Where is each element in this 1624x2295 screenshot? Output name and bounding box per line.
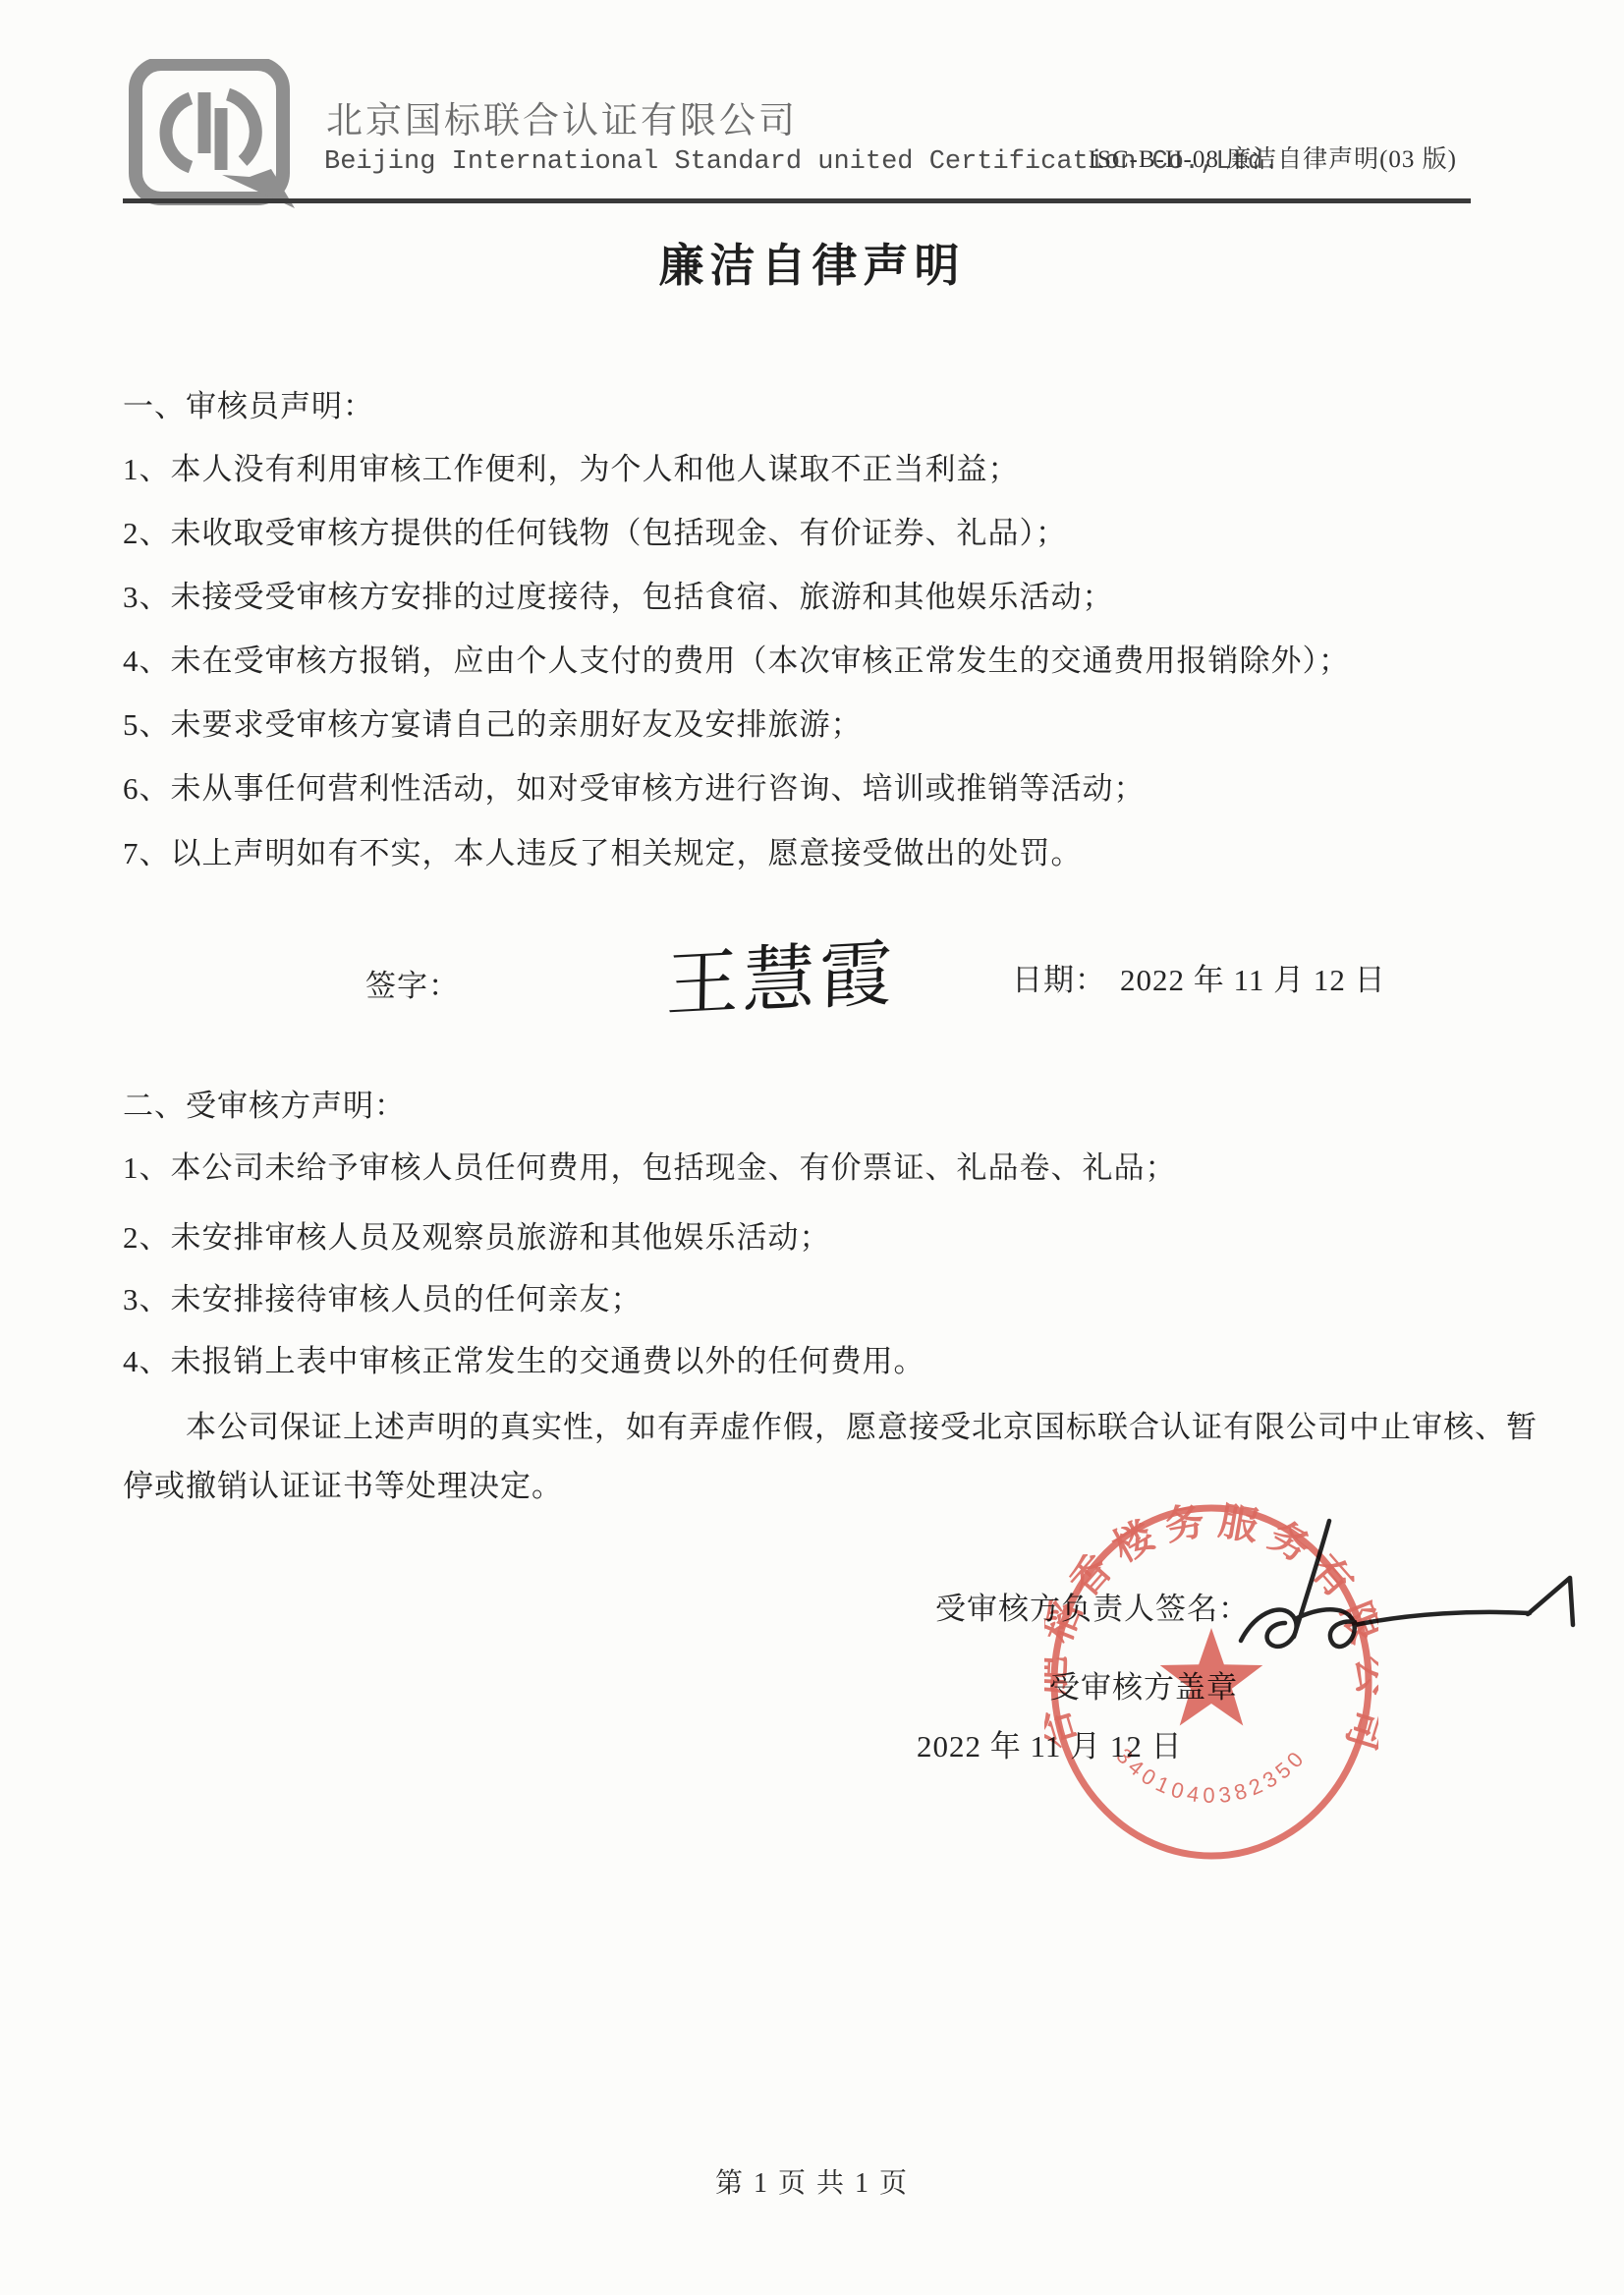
section2-item: 1、本公司未给予审核人员任何费用，包括现金、有价票证、礼品卷、礼品； bbox=[123, 1143, 1177, 1187]
auditor-signature: 王慧霞 bbox=[665, 916, 897, 1032]
company-logo-icon bbox=[126, 59, 308, 211]
page-footer: 第 1 页 共 1 页 bbox=[0, 2161, 1624, 2201]
section1-item: 5、未要求受审核方宴请自己的亲朋好友及安排旅游； bbox=[123, 700, 863, 744]
document-page: 北京国标联合认证有限公司 Beijing International Stand… bbox=[0, 0, 1624, 2295]
section1-item: 1、本人没有利用审核工作便利，为个人和他人谋取不正当利益； bbox=[123, 444, 1020, 488]
company-pledge: 本公司保证上述声明的真实性，如有弄虚作假，愿意接受北京国标联合认证有限公司中止审… bbox=[123, 1398, 1545, 1516]
section1-item: 4、未在受审核方报销，应由个人支付的费用（本次审核正常发生的交通费用报销除外）； bbox=[123, 636, 1350, 680]
section2-heading: 二、受审核方声明： bbox=[123, 1081, 406, 1125]
section2-item: 4、未报销上表中审核正常发生的交通费以外的任何费用。 bbox=[123, 1336, 925, 1380]
sign-label: 签字： bbox=[365, 961, 460, 1005]
section2-item: 3、未安排接待审核人员的任何亲友； bbox=[123, 1274, 643, 1318]
section1-item: 2、未收取受审核方提供的任何钱物（包括现金、有价证券、礼品）； bbox=[123, 508, 1067, 552]
section1-item: 7、以上声明如有不实，本人违反了相关规定，愿意接受做出的处罚。 bbox=[123, 828, 1083, 872]
section1-heading: 一、审核员声明： bbox=[123, 381, 374, 425]
date-label: 日期： bbox=[1012, 955, 1106, 999]
page-title: 廉洁自律声明 bbox=[0, 230, 1624, 295]
responsible-signature bbox=[1184, 1515, 1577, 1692]
auditor-date: 2022 年 11 月 12 日 bbox=[1120, 955, 1386, 999]
header-divider bbox=[123, 198, 1471, 203]
company-name-cn: 北京国标联合认证有限公司 bbox=[326, 90, 798, 143]
company-date: 2022 年 11 月 12 日 bbox=[917, 1721, 1183, 1765]
section1-item: 3、未接受受审核方安排的过度接待，包括食宿、旅游和其他娱乐活动； bbox=[123, 572, 1114, 616]
section1-item: 6、未从事任何营利性活动，如对受审核方进行咨询、培训或推销等活动； bbox=[123, 763, 1146, 808]
document-code: ISC-B-II-08 廉洁自律声明(03 版) bbox=[1089, 140, 1457, 175]
section2-item: 2、未安排审核人员及观察员旅游和其他娱乐活动； bbox=[123, 1212, 831, 1257]
